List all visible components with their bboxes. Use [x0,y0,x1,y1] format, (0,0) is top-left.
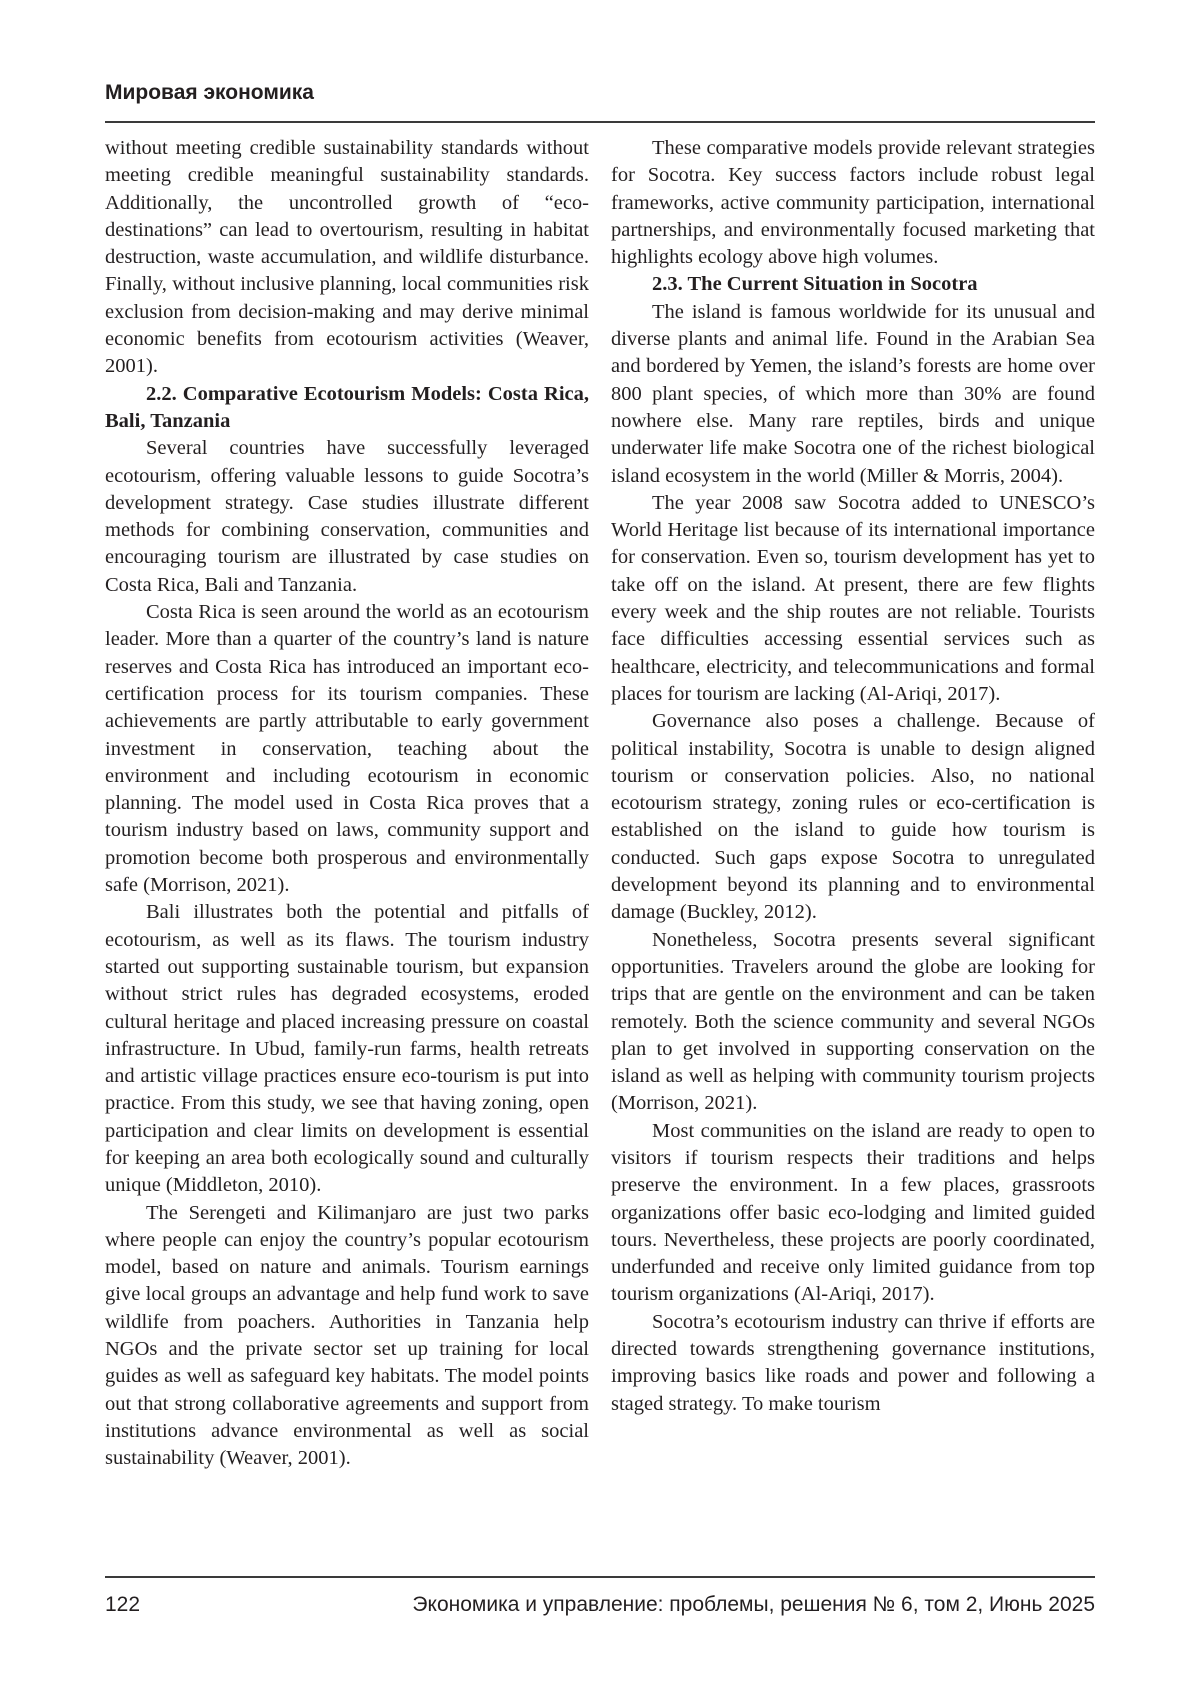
journal-citation: Экономика и управление: проблемы, решени… [412,1592,1095,1618]
journal-page: Мировая экономика without meeting credib… [105,0,1095,1698]
page-footer: 122 Экономика и управление: проблемы, ре… [105,1592,1095,1618]
header-rule [105,121,1095,123]
two-column-body: without meeting credible sustainability … [105,135,1095,1473]
paragraph-bali: Bali illustrates both the potential and … [105,899,589,1199]
running-header-title: Мировая экономика [105,80,314,106]
footer-rule [105,1576,1095,1578]
right-column: These comparative models provide relevan… [611,135,1095,1473]
paragraph-unesco: The year 2008 saw Socotra added to UNESC… [611,490,1095,708]
paragraph-costa-rica: Costa Rica is seen around the world as a… [105,599,589,899]
continuation-paragraph: without meeting credible sustainability … [105,135,589,381]
page-number: 122 [105,1592,140,1618]
section-heading-2-3: 2.3. The Current Situation in Socotra [611,271,1095,298]
paragraph-several-countries: Several countries have successfully leve… [105,435,589,599]
paragraph-communities: Most communities on the island are ready… [611,1118,1095,1309]
section-heading-2-2: 2.2. Comparative Ecotourism Models: Cost… [105,381,589,436]
paragraph-governance: Governance also poses a challenge. Becau… [611,708,1095,926]
paragraph-island-biodiversity: The island is famous worldwide for its u… [611,299,1095,490]
paragraph-tanzania: The Serengeti and Kilimanjaro are just t… [105,1200,589,1473]
paragraph-opportunities: Nonetheless, Socotra presents several si… [611,927,1095,1118]
left-column: without meeting credible sustainability … [105,135,589,1473]
paragraph-thrive: Socotra’s ecotourism industry can thrive… [611,1309,1095,1418]
paragraph-comparative-models: These comparative models provide relevan… [611,135,1095,271]
